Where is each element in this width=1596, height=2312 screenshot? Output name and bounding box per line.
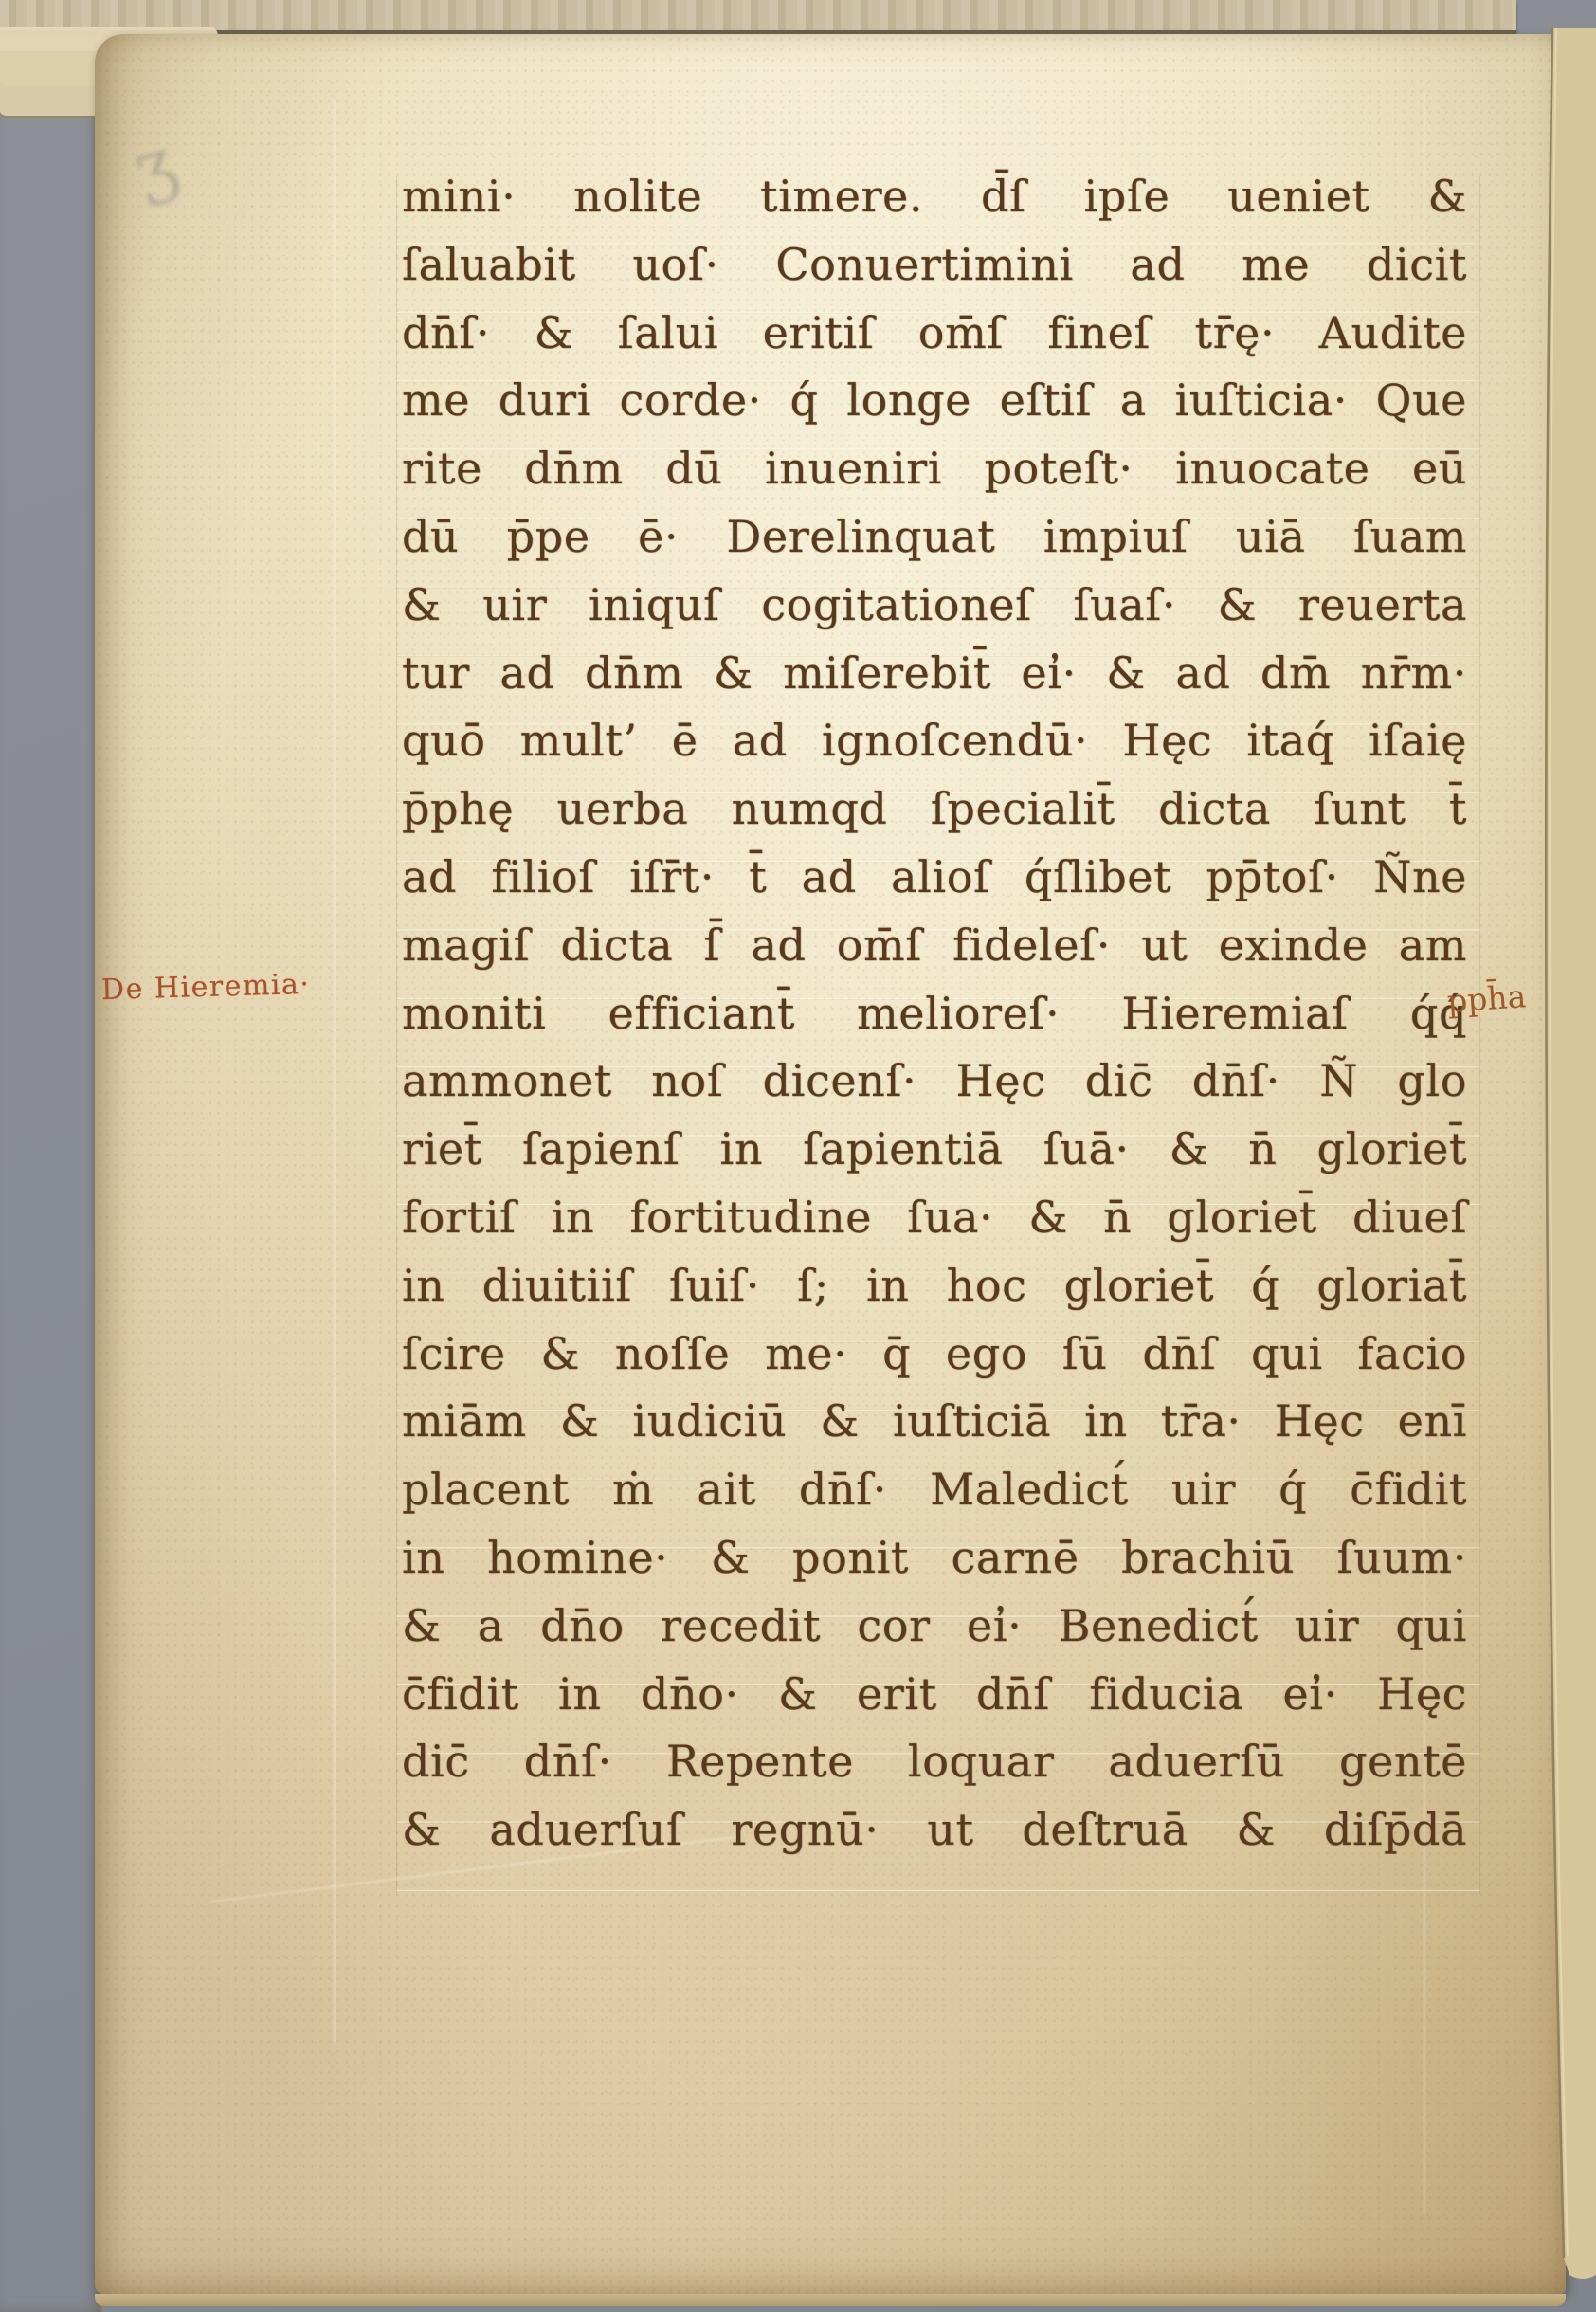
manuscript-line: ammonet noſ dicenſ· Hęc dic̄ dn̄ſ· Ñ glo [402, 1047, 1467, 1116]
line-text: fortiſ in fortitudine ſua· & n̄ gloriet̄… [402, 1184, 1467, 1252]
line-text: placent ṁ ait dn̄ſ· Maledict́ uir q́ c̄f… [402, 1456, 1467, 1524]
manuscript-line: ad filioſ iſr̄t· t̄ ad alioſ q́ſlibet pp… [402, 844, 1467, 912]
edge-text-fragment [1564, 1364, 1596, 1428]
line-text: & uir iniquſ cogitationeſ ſuaſ· & reuert… [402, 572, 1467, 640]
line-text: quō mult’ ē ad ignoſcendū· Hęc itaq́ iſa… [402, 707, 1467, 775]
facing-page-text-slivers [1564, 607, 1596, 1811]
manuscript-line: in diuitiiſ ſuiſ· ſ; in hoc gloriet̄ q́ … [402, 1252, 1467, 1320]
line-text: c̄fidit in dn̄o· & erit dn̄ſ fiducia ei̓… [402, 1661, 1467, 1729]
line-text: moniti efficiant̄ melioreſ· Hieremiaſ q́… [402, 980, 1467, 1048]
line-text: & aduerſuſ regnū· ut deſtruā & diſp̄dā [402, 1796, 1467, 1865]
manuscript-line: c̄fidit in dn̄o· & erit dn̄ſ fiducia ei̓… [402, 1661, 1467, 1729]
manuscript-line: in homine· & ponit carnē brachiū ſuum· [402, 1524, 1467, 1593]
manuscript-line: magiſ dicta ſ̄ ad om̄ſ fideleſ· ut exind… [402, 912, 1467, 980]
manuscript-line: dn̄ſ· & ſalui eritiſ om̄ſ fineſ tr̄ę· Au… [402, 300, 1467, 368]
manuscript-line: moniti efficiant̄ melioreſ· Hieremiaſ q́… [402, 980, 1467, 1048]
manuscript-line: quō mult’ ē ad ignoſcendū· Hęc itaq́ iſa… [402, 707, 1467, 775]
edge-text-fragment [1564, 922, 1596, 986]
edge-text-fragment [1564, 1302, 1596, 1365]
text-block: mini· nolite timere. d̄ſ ipſe ueniet & ſ… [402, 163, 1467, 1865]
line-text: riet̄ ſapienſ in ſapientiā ſuā· & n̄ glo… [402, 1116, 1467, 1184]
edge-text-fragment [1564, 1617, 1596, 1681]
manuscript-line: me duri corde· q́ longe eſtiſ a iuſticia… [402, 367, 1467, 435]
line-text: tur ad dn̄m & miſerebit̄ ei̓· & ad dm̄ n… [402, 640, 1467, 708]
edge-text-fragment [1564, 733, 1596, 796]
manuscript-line: rite dn̄m dū inueniri poteſt· inuocate e… [402, 435, 1467, 503]
line-text: dic̄ dn̄ſ· Repente loquar aduerſū gentē [402, 1728, 1467, 1796]
manuscript-line: placent ṁ ait dn̄ſ· Maledict́ uir q́ c̄f… [402, 1456, 1467, 1524]
page-bottom-edge [95, 2294, 1566, 2306]
edge-text-fragment [1564, 670, 1596, 734]
edge-text-fragment [1564, 1174, 1596, 1238]
manuscript-line: & a dn̄o recedit cor ei̓· Benedict́ uir … [402, 1593, 1467, 1661]
edge-text-fragment [1564, 1048, 1596, 1112]
manuscript-line: dū p̄pe ē· Derelinquat impiuſ uiā ſuam [402, 503, 1467, 572]
line-text: mini· nolite timere. d̄ſ ipſe ueniet & [402, 163, 1467, 231]
manuscript-line: miām & iudiciū & iuſticiā in tr̄a· Hęc e… [402, 1388, 1467, 1456]
manuscript-line: riet̄ ſapienſ in ſapientiā ſuā· & n̄ glo… [402, 1116, 1467, 1184]
spine-page-edges [0, 28, 102, 2312]
manuscript-line: ſaluabit uoſ· Conuertimini ad me dicit [402, 231, 1467, 300]
marginal-rubric: De Hieremia· [101, 968, 311, 1007]
edge-text-fragment [1564, 986, 1596, 1049]
manuscript-line: p̄phę uerba numqd ſpecialit̄ dicta ſunt … [402, 775, 1467, 844]
edge-text-fragment [1564, 1112, 1596, 1175]
manuscript-line: dic̄ dn̄ſ· Repente loquar aduerſū gentē [402, 1728, 1467, 1796]
line-text: & a dn̄o recedit cor ei̓· Benedict́ uir … [402, 1593, 1467, 1661]
manuscript-line: & aduerſuſ regnū· ut deſtruā & diſp̄dā [402, 1796, 1467, 1865]
manuscript-line: & uir iniquſ cogitationeſ ſuaſ· & reuert… [402, 572, 1467, 640]
manuscript-line: ſcire & noſſe me· q̄ ego ſū dn̄ſ qui fac… [402, 1320, 1467, 1389]
manuscript-photo: ʒ mini· nolite timere. d̄ſ ipſe ueniet &… [0, 0, 1596, 2312]
book-top-edge [0, 0, 1516, 35]
line-text: rite dn̄m dū inueniri poteſt· inuocate e… [402, 435, 1467, 503]
edge-text-fragment [1564, 1428, 1596, 1491]
line-text: in diuitiiſ ſuiſ· ſ; in hoc gloriet̄ q́ … [402, 1252, 1467, 1320]
line-text: miām & iudiciū & iuſticiā in tr̄a· Hęc e… [402, 1388, 1467, 1456]
edge-text-fragment [1564, 607, 1596, 670]
edge-text-fragment [1564, 1238, 1596, 1302]
line-text: p̄phę uerba numqd ſpecialit̄ dicta ſunt … [402, 775, 1467, 844]
line-text: dū p̄pe ē· Derelinquat impiuſ uiā ſuam [402, 503, 1467, 572]
edge-text-fragment [1564, 796, 1596, 860]
line-text: ſaluabit uoſ· Conuertimini ad me dicit [402, 231, 1467, 300]
manuscript-line: mini· nolite timere. d̄ſ ipſe ueniet & [402, 163, 1467, 231]
vellum-crease [334, 100, 336, 2044]
line-text: in homine· & ponit carnē brachiū ſuum· [402, 1524, 1467, 1593]
manuscript-line: tur ad dn̄m & miſerebit̄ ei̓· & ad dm̄ n… [402, 640, 1467, 708]
pencil-smudge: ʒ [123, 89, 299, 260]
edge-text-fragment [1564, 1680, 1596, 1743]
line-text: magiſ dicta ſ̄ ad om̄ſ fideleſ· ut exind… [402, 912, 1467, 980]
vellum-page: ʒ mini· nolite timere. d̄ſ ipſe ueniet &… [95, 34, 1566, 2294]
line-text: dn̄ſ· & ſalui eritiſ om̄ſ fineſ tr̄ę· Au… [402, 300, 1467, 368]
line-text: ammonet noſ dicenſ· Hęc dic̄ dn̄ſ· Ñ glo [402, 1047, 1467, 1116]
edge-text-fragment [1564, 1743, 1596, 1807]
edge-text-fragment [1564, 1554, 1596, 1617]
line-text: me duri corde· q́ longe eſtiſ a iuſticia… [402, 367, 1467, 435]
line-text: ſcire & noſſe me· q̄ ego ſū dn̄ſ qui fac… [402, 1320, 1467, 1389]
manuscript-line: fortiſ in fortitudine ſua· & n̄ gloriet̄… [402, 1184, 1467, 1252]
edge-text-fragment [1564, 859, 1596, 922]
line-text: ad filioſ iſr̄t· t̄ ad alioſ q́ſlibet pp… [402, 844, 1467, 912]
edge-text-fragment [1564, 1490, 1596, 1554]
